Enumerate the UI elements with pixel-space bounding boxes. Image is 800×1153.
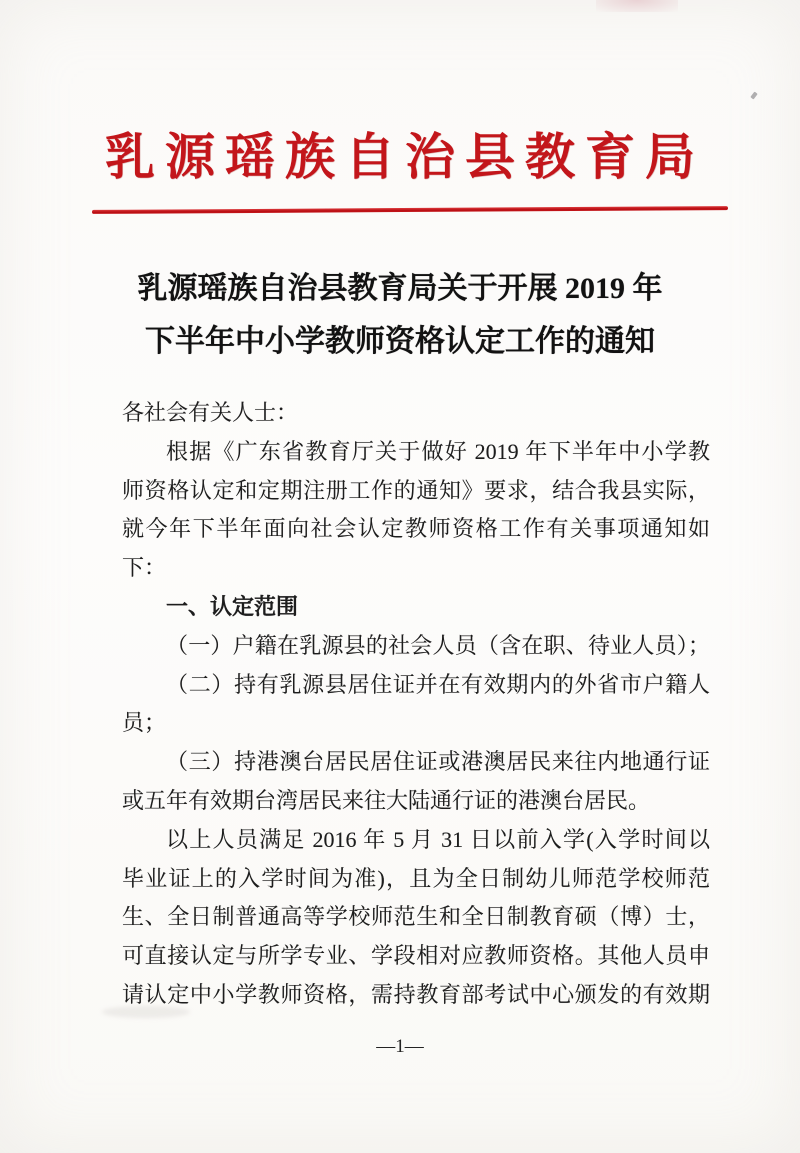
body-line: 请认定中小学教师资格，需持教育部考试中心颁发的有效期 [122,976,710,1015]
scan-artifact-top-smudge [596,0,678,12]
body-line: 根据《广东省教育厅关于做好 2019 年下半年中小学教 [122,433,710,472]
body-line: 可直接认定与所学专业、学段相对应教师资格。其他人员申 [122,937,710,976]
body-line: 以上人员满足 2016 年 5 月 31 日以前入学(入学时间以 [122,821,710,860]
document-title: 乳源瑶族自治县教育局关于开展 2019 年 下半年中小学教师资格认定工作的通知 [0,262,800,368]
body-line: 毕业证上的入学时间为准)，且为全日制幼儿师范学校师范 [122,860,710,899]
scanned-document-page: 乳源瑶族自治县教育局 乳源瑶族自治县教育局关于开展 2019 年 下半年中小学教… [0,0,800,1153]
body-line: 或五年有效期台湾居民来往大陆通行证的港澳台居民。 [122,782,710,821]
body-line-section-heading: 一、认定范围 [122,588,710,627]
red-divider-rule [92,206,728,214]
scan-artifact-footer-smudge [102,1006,190,1018]
body-line: （二）持有乳源县居住证并在有效期内的外省市户籍人 [122,666,710,705]
body-line: 生、全日制普通高等学校师范生和全日制教育硕（博）士， [122,898,710,937]
body-line: 下： [122,549,710,588]
body-line: 师资格认定和定期注册工作的通知》要求，结合我县实际， [122,472,710,511]
body-line-salutation: 各社会有关人士： [122,394,710,433]
page-number: —1— [0,1035,800,1059]
document-body: 各社会有关人士： 根据《广东省教育厅关于做好 2019 年下半年中小学教 师资格… [122,394,710,1015]
body-line: 员； [122,704,710,743]
document-title-line-2: 下半年中小学教师资格认定工作的通知 [0,315,800,368]
scan-artifact-speck [750,92,757,100]
document-title-line-1: 乳源瑶族自治县教育局关于开展 2019 年 [0,262,800,315]
agency-letterhead: 乳源瑶族自治县教育局 [0,128,800,186]
body-line: （一）户籍在乳源县的社会人员（含在职、待业人员）； [122,627,710,666]
body-line: （三）持港澳台居民居住证或港澳居民来往内地通行证 [122,743,710,782]
body-line: 就今年下半年面向社会认定教师资格工作有关事项通知如 [122,510,710,549]
